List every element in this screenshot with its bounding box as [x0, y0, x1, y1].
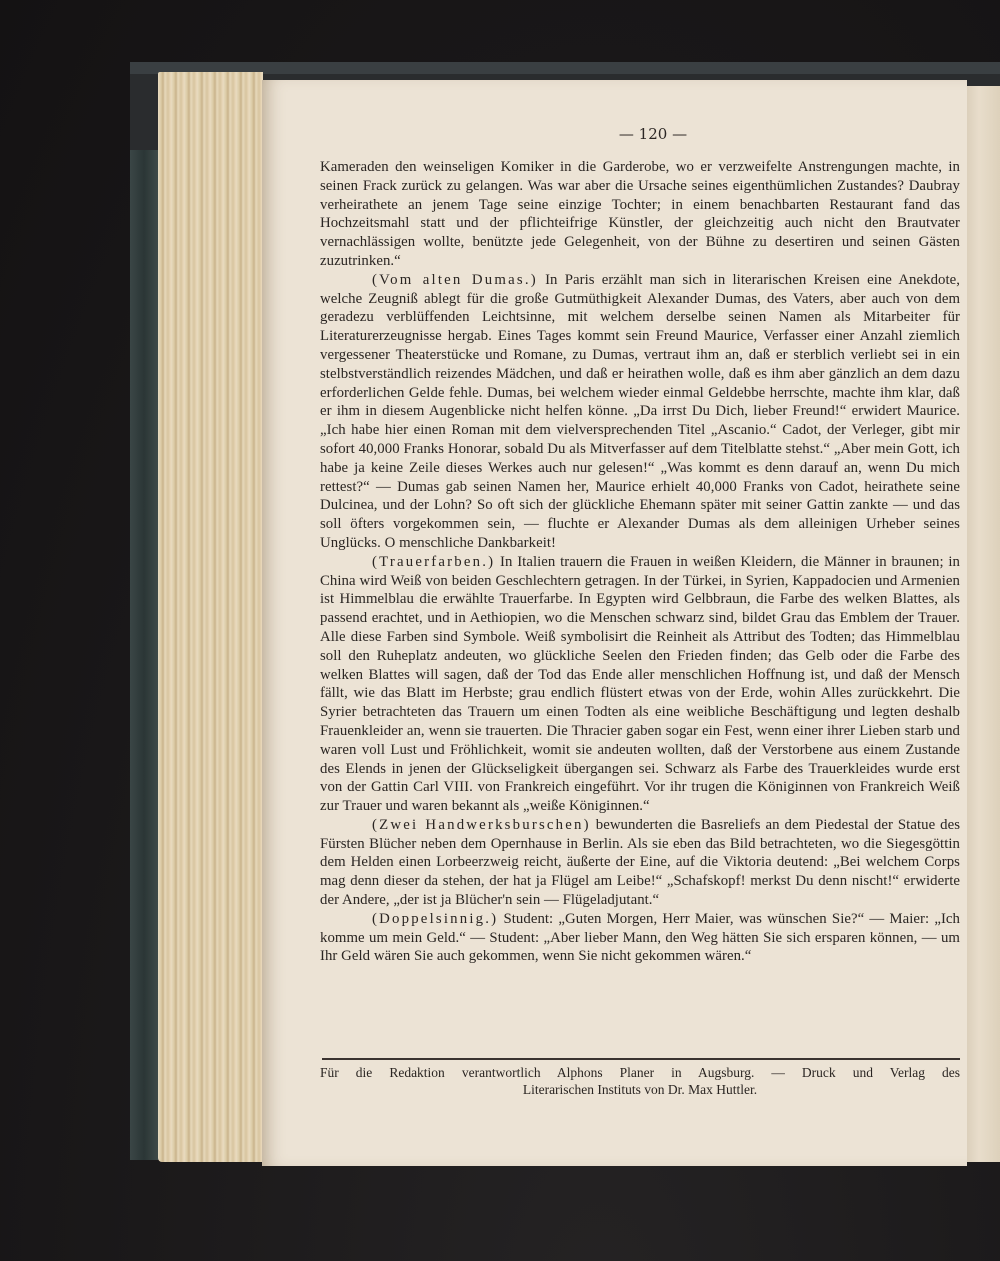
- paragraph-doppelsinnig: (Doppelsinnig.) Student: „Guten Morgen, …: [320, 910, 960, 966]
- page-number: — 120 —: [598, 125, 708, 143]
- paragraph-heading: (Vom alten Dumas.): [372, 272, 538, 288]
- paragraph-text: Kameraden den weinseligen Komiker in die…: [320, 159, 960, 269]
- paragraph-vom-alten-dumas: (Vom alten Dumas.) In Paris erzählt man …: [320, 271, 960, 553]
- paragraph-text: In Paris erzählt man sich in literarisch…: [320, 272, 960, 551]
- paragraph-zwei-handwerksburschen: (Zwei Handwerksburschen) bewunderten die…: [320, 816, 960, 910]
- paragraph-trauerfarben: (Trauerfarben.) In Italien trauern die F…: [320, 553, 960, 816]
- imprint: Für die Redaktion verantwortlich Alphons…: [320, 1064, 960, 1098]
- paragraph-heading: (Trauerfarben.): [372, 554, 495, 570]
- book-spine: [130, 150, 158, 1160]
- paragraph-heading: (Zwei Handwerksburschen): [372, 817, 591, 833]
- imprint-line-2: Literarischen Instituts von Dr. Max Hutt…: [320, 1081, 960, 1098]
- paragraph-heading: (Doppelsinnig.): [372, 911, 498, 927]
- facing-page-edge: [965, 86, 1000, 1162]
- paragraph-text: In Italien trauern die Frauen in weißen …: [320, 554, 960, 814]
- page-stack-edge: [158, 72, 263, 1162]
- imprint-line-1: Für die Redaktion verantwortlich Alphons…: [320, 1064, 960, 1081]
- imprint-divider: [322, 1058, 960, 1060]
- page-body-text: Kameraden den weinseligen Komiker in die…: [320, 158, 960, 966]
- paragraph-continuation: Kameraden den weinseligen Komiker in die…: [320, 158, 960, 271]
